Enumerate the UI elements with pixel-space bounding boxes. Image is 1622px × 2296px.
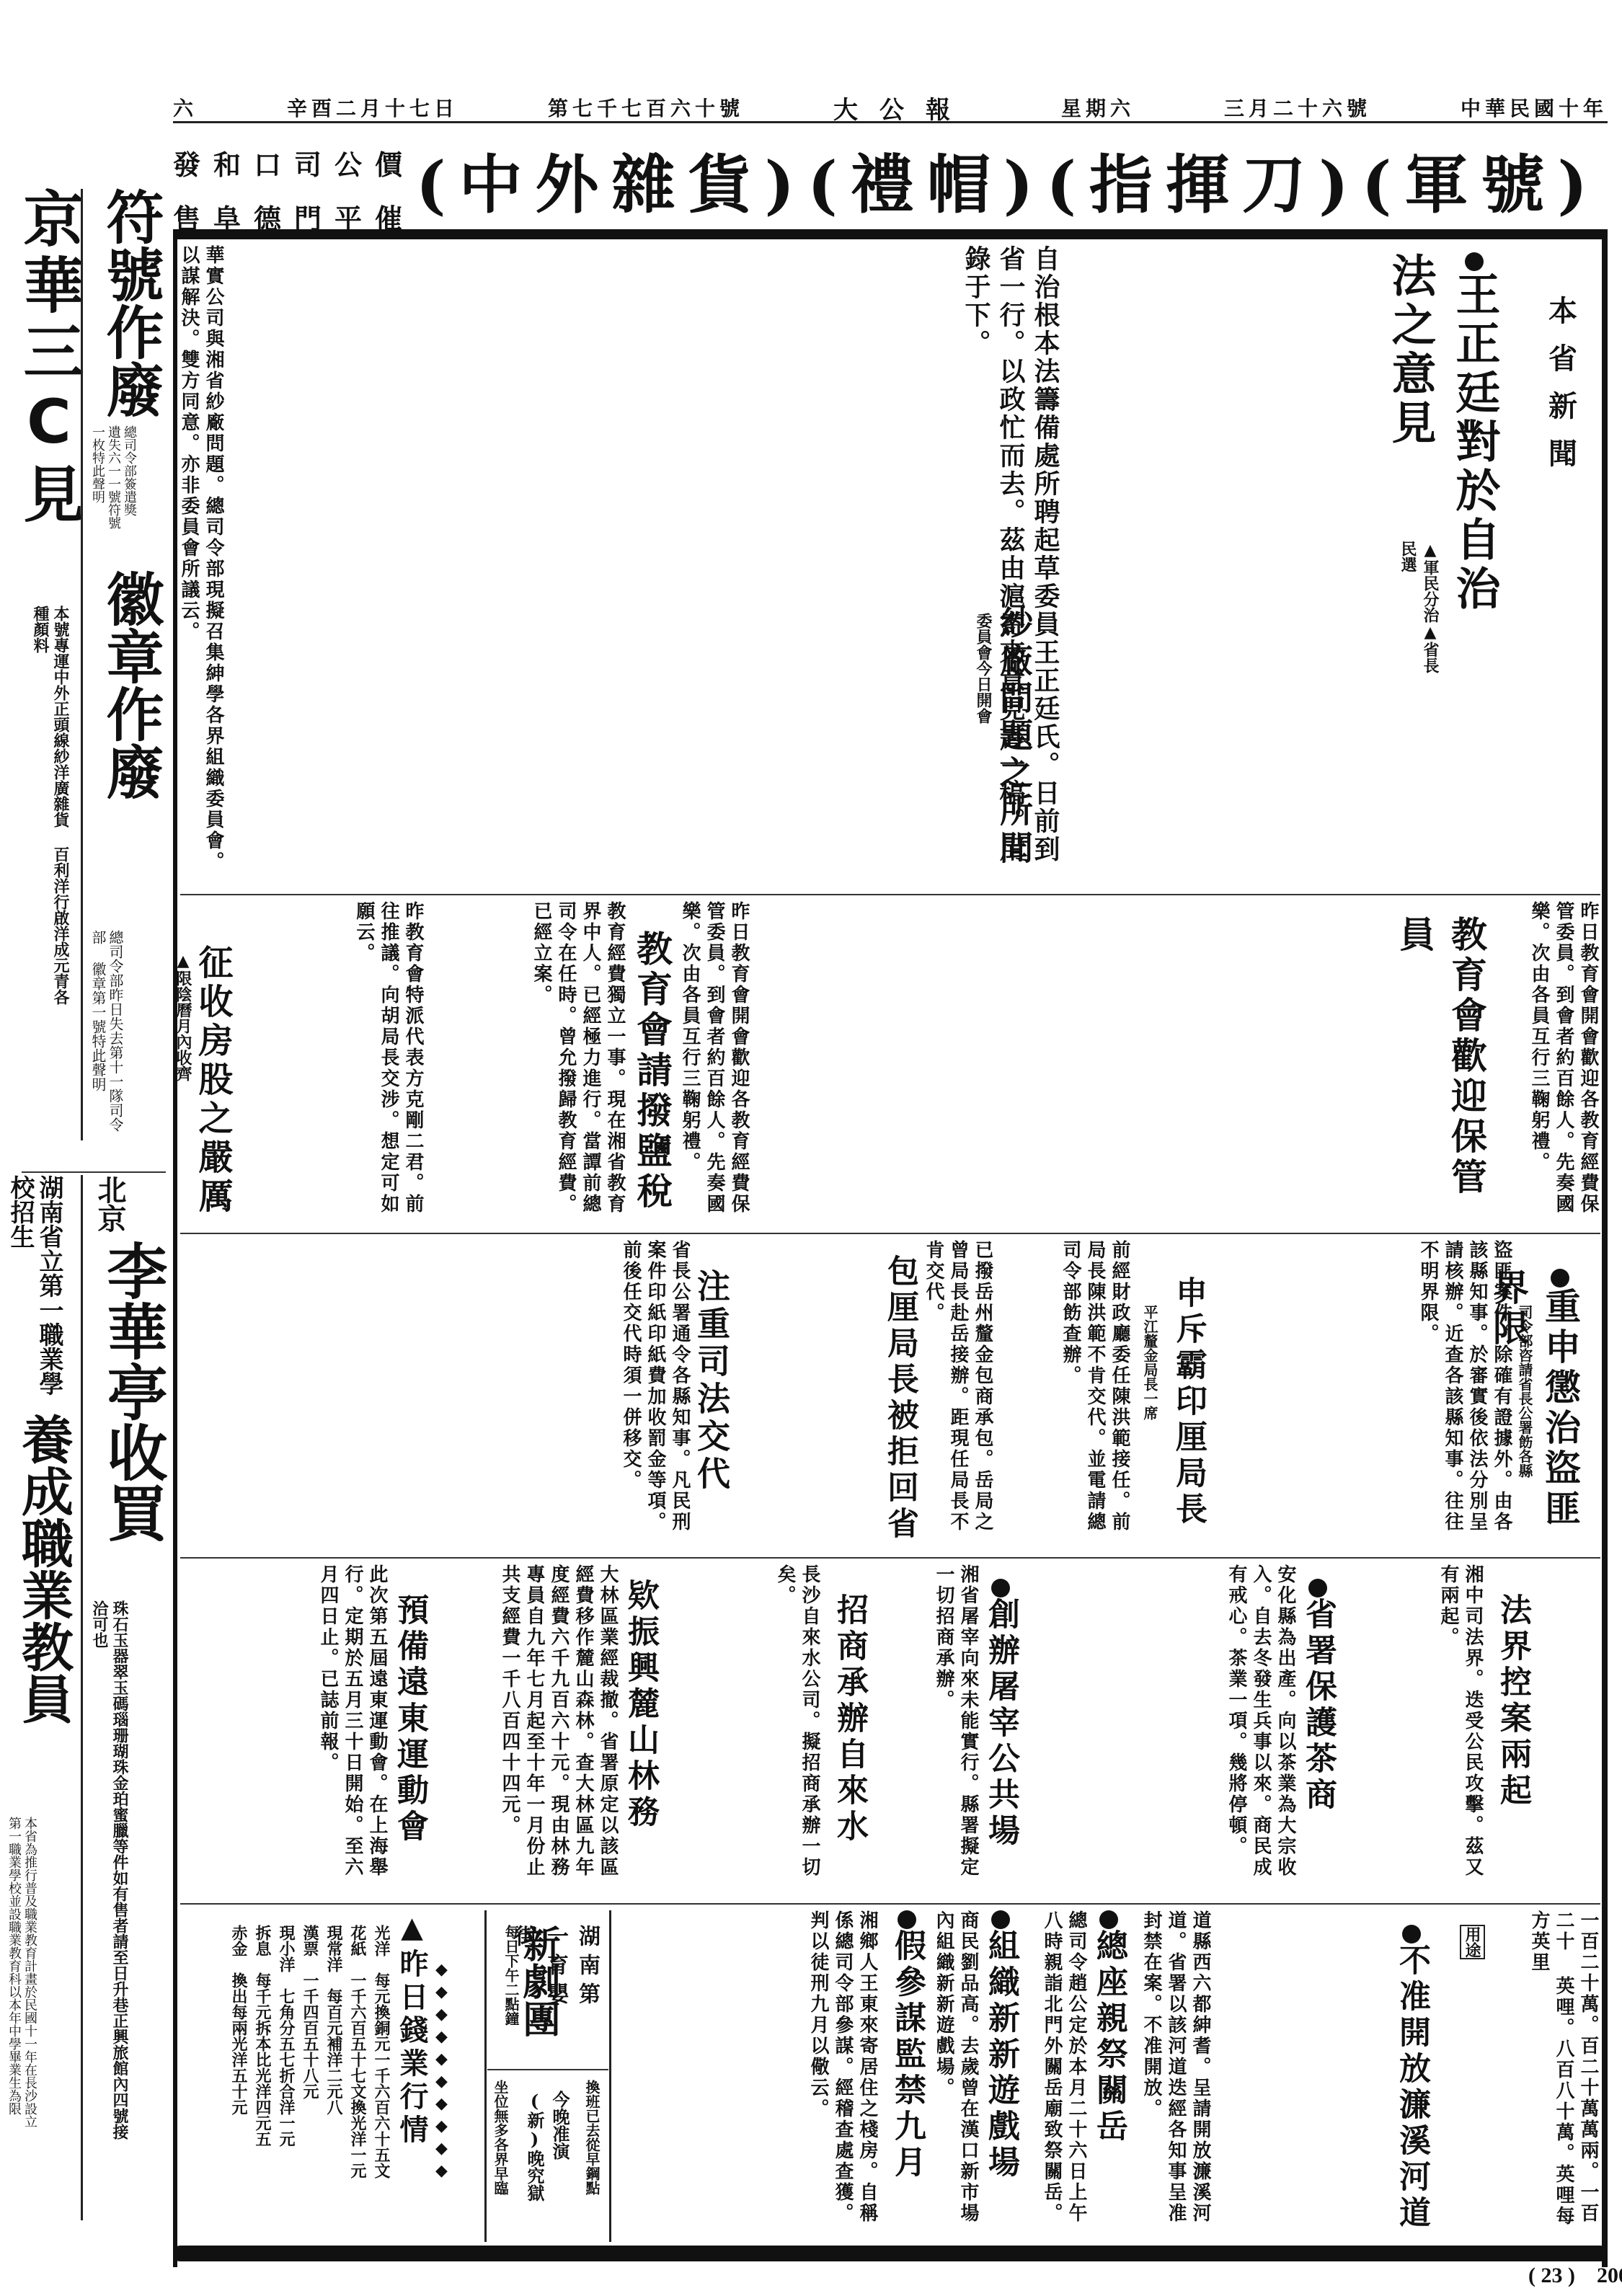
company-line-1: 發和口司公價	[173, 143, 389, 182]
article-headline: 省署保護茶商	[1295, 1579, 1341, 1814]
article-judicial-handover: 注重司法交代 省長公署通令各縣知事。凡民刑案件印紙印紙費加收罰金等項。前後任交代…	[177, 1240, 779, 1550]
left-ad-1-title: 京華三C見	[6, 187, 93, 591]
article-headline: 注重司法交代	[688, 1269, 735, 1494]
article-body: 湘省屠宰向來未能實行。縣署擬定一切招商承辦。	[931, 1564, 980, 1896]
article-headline: 不准開放濂溪河道	[1388, 1925, 1435, 2232]
article-body: 盜匪案件。除確有證據外。由各該縣知事。於審實後依法分別呈請核辦。近查各該縣知事。…	[1416, 1240, 1514, 1550]
article-education-welcome-body: 昨日教育會開會歡迎各教育經費保管委員。到會者約百餘人。先奏國樂。次由各員互行三鞠…	[678, 901, 1341, 1225]
tier-rule-3	[180, 1557, 1600, 1559]
theater-advertisement: 湖南第一育嬰街 新劇團 每日下午二點鐘 今晚准演 (新)晚究獄 換班已去從早鋼點…	[487, 1918, 608, 2235]
article-no-dredge-body: 道縣西六都紳耆。呈請開放濂溪河道。省署以該河道迭經各知事呈准封禁在案。不准開放。	[1139, 1910, 1348, 2242]
theater-tonight: 今晚准演	[547, 2091, 572, 2160]
article-punish-bandits: 重申懲治盜匪界限 司令部咨請省長公署飭各縣 盜匪案件。除確有證據外。由各該縣知事…	[1283, 1240, 1600, 1550]
left-ad-4-prefix: 北京	[89, 1175, 130, 1240]
article-body: 昨教育會特派代表方克剛二君。前往推議。向胡局長交涉。想定可如願云。	[245, 901, 425, 1225]
article-cotton-mill-body: 華實公司與湘省紗廠問題。總司令部現擬召集紳學各界組織委員會。以謀解決。雙方同意。…	[177, 245, 955, 887]
article-body: 長沙自來水公司。擬招商承辦一切矣。	[773, 1564, 822, 1896]
masthead-rule	[173, 121, 1608, 123]
article-headline: 申斥霸印厘局長	[1165, 1276, 1211, 1528]
article-public-slaughter: 創辦屠宰公共場 湘省屠宰向來未能實行。縣署擬定一切招商承辦。	[887, 1564, 1125, 1896]
left-ad-3-title: 徽章作廢	[89, 569, 172, 930]
market-row: 花紙 一千六百五十七文換光洋一元	[347, 1925, 369, 2199]
article-body: 已撥岳州釐金包商承包。岳局之曾局長赴岳接辦。距現任局長不肯交代。	[930, 1240, 995, 1550]
article-body: 安化縣為出產。向以茶業為大宗收入。自去冬發生兵事以來。商民成有戒心。茶業一項。幾…	[1224, 1564, 1298, 1896]
article-body: 省長公署通令各縣知事。凡民刑案件印紙印紙費加收罰金等項。前後任交代時須一併移交。	[619, 1240, 692, 1550]
theater-ad-rule-left	[484, 1910, 487, 2242]
bullet-icon	[1551, 1269, 1569, 1287]
article-headline: 教育會請撥鹽稅	[626, 930, 678, 1213]
ornament-column: ◆◆◆◆◆◆◆◆◆◆	[433, 1961, 451, 2177]
page-label: 六	[173, 93, 198, 122]
product-item: (中外雜貨)	[416, 135, 807, 226]
article-forestry: 欵振興麓山林務 大林區業經裁撤。省署原定以該區經費移作麓山森林。查大林區九年度經…	[187, 1564, 678, 1896]
article-headline: 假參謀監禁九月	[884, 1910, 930, 2181]
left-ad-3: 徽章作廢 總司令部昨日失去第十一隊司令部 徽章第一號特此聲明	[89, 569, 169, 1146]
article-snippet: 一百二十萬。百二十萬萬兩。一百二十 英哩。八百八十萬。英哩每方英里 用途 不准開…	[1348, 1910, 1600, 2242]
left-ad-4: 北京 李華亭收買 珠石玉器翠玉碼瑙珊瑚珠金珀蜜臘等件如有售者請至日升巷正興旅館內…	[89, 1175, 169, 2220]
masthead-date: 三月二十六號	[1224, 93, 1371, 122]
left-ad-5-body: 本省為推行普及職業教育計畫於民國十一年在長沙設立第一職業學校並設職業教育科以本年…	[6, 1817, 37, 2134]
market-row: 現常洋 每百元補洋二元八	[323, 1925, 345, 2199]
theater-note-right: 換班已去從早鋼點	[582, 2080, 603, 2195]
bullet-icon	[1308, 1579, 1327, 1597]
page-number: ( 23 )	[1528, 2264, 1575, 2288]
left-ad-4-body: 珠石玉器翠玉碼瑙珊瑚珠金珀蜜臘等件如有售者請至日升巷正興旅館內四號接洽可也	[89, 1600, 130, 2148]
article-subhead: 平江釐金局長一席	[1140, 1305, 1161, 1420]
masthead-year: 中華民國十年	[1461, 93, 1608, 122]
section-label: 本省新聞	[1541, 296, 1582, 486]
tier-rule-1	[180, 894, 1600, 895]
left-margin-rule-2	[81, 1175, 83, 2220]
article-headline: 欵振興麓山林務	[617, 1579, 663, 1831]
left-ad-4-title: 李華亭收買	[89, 1240, 177, 1600]
theater-note-left: 坐位無多各界早臨	[490, 2080, 511, 2195]
bullet-icon	[1465, 252, 1484, 271]
product-item: (禮帽)	[807, 135, 1046, 226]
article-education-welcome: 教育會歡迎保管員 昨日教育會開會歡迎各教育經費保管委員。到會者約百餘人。先奏國樂…	[1348, 901, 1600, 1225]
tier-rule-4	[180, 1903, 1600, 1905]
article-headline: 預備遠東運動會	[386, 1593, 433, 1845]
article-headline: 組織新新遊戲場	[978, 1910, 1024, 2181]
theater-ad-rule-right	[609, 1910, 611, 2242]
article-body: 湘鄉人王東來寄居住之棧房。自稱係總司令部參謀。經稽查處查獲。判以徒刑九月以儆云。	[806, 1910, 879, 2242]
article-headline: 征收房股之嚴厲	[188, 944, 238, 1217]
money-market-table: ▲昨日錢業行情 光洋 每元換銅元一千六百六十五文 花紙 一千六百五十七文換光洋一…	[216, 1910, 433, 2242]
article-body: 商民劉品高。去歲曾在漢口新市場內組織新新遊戲場。	[937, 1910, 980, 2242]
tier-rule-2	[180, 1233, 1600, 1234]
article-headline: 法界控案兩起	[1489, 1593, 1535, 1809]
article-body: 教育經費獨立一事。現在湘省教育界中人。已經極力進行。當譚前總司令在任時。曾允撥歸…	[529, 901, 627, 1225]
article-body: 此次第五屆遠東運動會。在上海舉行。定期於五月三十日開始。至六月四日止。已誌前報。	[195, 1564, 389, 1896]
theater-divider	[487, 2069, 608, 2070]
money-market-title: ▲昨日錢業行情	[391, 1910, 433, 2147]
product-item: (軍號)	[1362, 135, 1600, 226]
left-ad-2-title: 符號作廢	[89, 187, 172, 425]
article-subhead: ▲限陰曆月內收齊	[177, 952, 195, 1081]
article-body: 華實公司與湘省紗廠問題。總司令部現擬召集紳學各界組織委員會。以謀解決。雙方同意。…	[177, 245, 226, 887]
bullet-icon	[1099, 1910, 1118, 1929]
article-body: 大林區業經裁撤。省署原定以該區經費移作麓山森林。查大林區九年度經費六千九百六十元…	[440, 1564, 620, 1896]
masthead-weekday: 星期六	[1061, 93, 1135, 122]
article-body: 昨日教育會開會歡迎各教育經費保管委員。到會者約百餘人。先奏國樂。次由各員互行三鞠…	[678, 901, 751, 1225]
article-education-salt-tax: 教育會請撥鹽稅 教育經費獨立一事。現在湘省教育界中人。已經極力進行。當譚前總司令…	[425, 901, 678, 1225]
article-fake-staff: 假參謀監禁九月 湘鄉人王東來寄居住之棧房。自稱係總司令部參謀。經稽查處查獲。判以…	[613, 1910, 937, 2242]
product-item: (指揮刀)	[1046, 135, 1361, 226]
article-headline: 紗廠問題之所聞	[991, 606, 1038, 868]
left-ad-2-body: 總司令部簽遣獎 遺失六一一號符號 一枚特此聲明	[89, 425, 137, 541]
bullet-icon	[898, 1910, 916, 1929]
left-margin-rule	[81, 189, 83, 1140]
article-likin-chief: 包厘局長被拒回省 已撥岳州釐金包商承包。岳局之曾局長赴岳接辦。距現任局長不肯交代…	[779, 1240, 995, 1550]
article-wang-zhengting: 王正廷對於自治法之意見 ▲軍民分治▲省長民選	[1370, 245, 1535, 887]
article-levy-shares: 征收房股之嚴厲 ▲限陰曆月內收齊 昨教育會特派代表方克剛二君。前往推議。向胡局長…	[177, 901, 425, 1225]
article-headline: 創辦屠宰公共場	[978, 1579, 1024, 1850]
left-ad-5: 湖南省立第一職業學校招生 養成職業教員 本省為推行普及職業教育計畫於民國十一年在…	[6, 1175, 78, 2220]
top-advertisement: (軍號) (指揮刀) (禮帽) (中外雜貨) 發和口司公價 售阜德門平催	[173, 137, 1608, 223]
left-ad-2: 符號作廢 總司令部簽遣獎 遺失六一一號符號 一枚特此聲明	[89, 187, 169, 562]
theater-show-name: (新)晚究獄	[522, 2091, 547, 2202]
article-subhead: 委員會今日開會	[972, 613, 995, 724]
theater-schedule: 每日下午二點鐘	[501, 1925, 522, 2026]
lunar-date: 辛酉二月十七日	[287, 93, 458, 122]
market-row: 漢票 一千四百五十八元	[299, 1925, 322, 2199]
article-cotton-mill-head: 紗廠問題之所聞 委員會今日開會	[959, 606, 1045, 887]
left-ad-5-prefix: 湖南省立第一職業學校招生	[6, 1175, 63, 1413]
paper-name: 大公報	[833, 90, 972, 125]
article-tea-protection: 省署保護茶商 安化縣為出產。向以茶業為大宗收入。自去冬發生兵事以來。商民成有戒心…	[1125, 1564, 1355, 1896]
snippet-tag: 用途	[1460, 1925, 1485, 1959]
article-body: 總司令趙公定於本月二十六日上午八時親詣北門外關岳廟致祭關岳。	[1031, 1910, 1089, 2242]
left-ad-divider	[22, 1171, 166, 1173]
article-subhead: 司令部咨請省長公署飭各縣	[1515, 1305, 1535, 1478]
market-row: 拆息 每千元拆本比光洋四元五	[252, 1925, 274, 2199]
market-row: 現小洋 七角分五七折合洋一元	[275, 1925, 298, 2199]
article-tap-water: 招商承辦自來水 長沙自來水公司。擬招商承辦一切矣。	[678, 1564, 887, 1896]
bullet-icon	[1402, 1925, 1421, 1943]
article-body: 前經財政廳委任陳洪範接任。前局長陳洪範不肯交代。並電請總司令部飭查辦。	[1058, 1240, 1132, 1550]
article-body: 湘中司法界。迭受公民攻擊。茲又有兩起。	[1436, 1564, 1485, 1896]
article-headline: 招商承辦自來水	[826, 1593, 872, 1845]
ad-products: (軍號) (指揮刀) (禮帽) (中外雜貨)	[416, 137, 1600, 223]
article-headline: 教育會歡迎保管員	[1388, 916, 1492, 1225]
market-row: 赤金 換出每兩光洋五十元	[228, 1925, 250, 2199]
issue-number: 第七千七百六十號	[548, 93, 744, 122]
section-label-box: 本省新聞	[1535, 267, 1586, 512]
masthead: 中華民國十年 三月二十六號 星期六 大公報 第七千七百六十號 辛酉二月十七日 六	[173, 95, 1608, 120]
ad-company: 發和口司公價 售阜德門平催	[173, 137, 389, 223]
market-row: 光洋 每元換銅元一千六百六十五文	[371, 1925, 393, 2199]
bottom-rule	[173, 2246, 1608, 2261]
left-ad-1: 京華三C見 本號專運中外正頭線紗洋廣雜貨 百利洋行啟洋成元青各種顏料	[6, 187, 71, 1125]
article-subhead: ▲軍民分治▲省長民選	[1397, 541, 1442, 685]
article-seal-bureau: 申斥霸印厘局長 平江釐金局長一席 前經財政廳委任陳洪範接任。前局長陳洪範不肯交代…	[995, 1240, 1283, 1550]
article-body: 昨日教育會開會歡迎各教育經費保管委員。到會者約百餘人。先奏國樂。次由各員互行三鞠…	[1499, 901, 1600, 1225]
left-ad-1-body: 本號專運中外正頭線紗洋廣雜貨 百利洋行啟洋成元青各種顏料	[30, 606, 71, 1009]
bullet-icon	[991, 1579, 1010, 1597]
article-body: 道縣西六都紳耆。呈請開放濂溪河道。省署以該河道迭經各知事呈准封禁在案。不准開放。	[1139, 1910, 1213, 2242]
left-ad-5-title: 養成職業教員	[6, 1413, 81, 1817]
left-ad-3-body: 總司令部昨日失去第十一隊司令部 徽章第一號特此聲明	[89, 930, 124, 1132]
footer-trailing: 200	[1597, 2264, 1622, 2288]
article-headline: 包厘局長被拒回省	[877, 1254, 923, 1543]
bullet-icon	[991, 1910, 1010, 1929]
article-headline: 總座親祭關岳	[1086, 1910, 1132, 2145]
article-ancestral-rites: 總座親祭關岳 總司令趙公定於本月二十六日上午八時親詣北門外關岳廟致祭關岳。 組織…	[937, 1910, 1139, 2242]
article-legal-cases: 法界控案兩起 湘中司法界。迭受公民攻擊。茲又有兩起。	[1355, 1564, 1600, 1896]
snippet-body: 一百二十萬。百二十萬萬兩。一百二十 英哩。八百八十萬。英哩每方英里	[1492, 1910, 1600, 2242]
